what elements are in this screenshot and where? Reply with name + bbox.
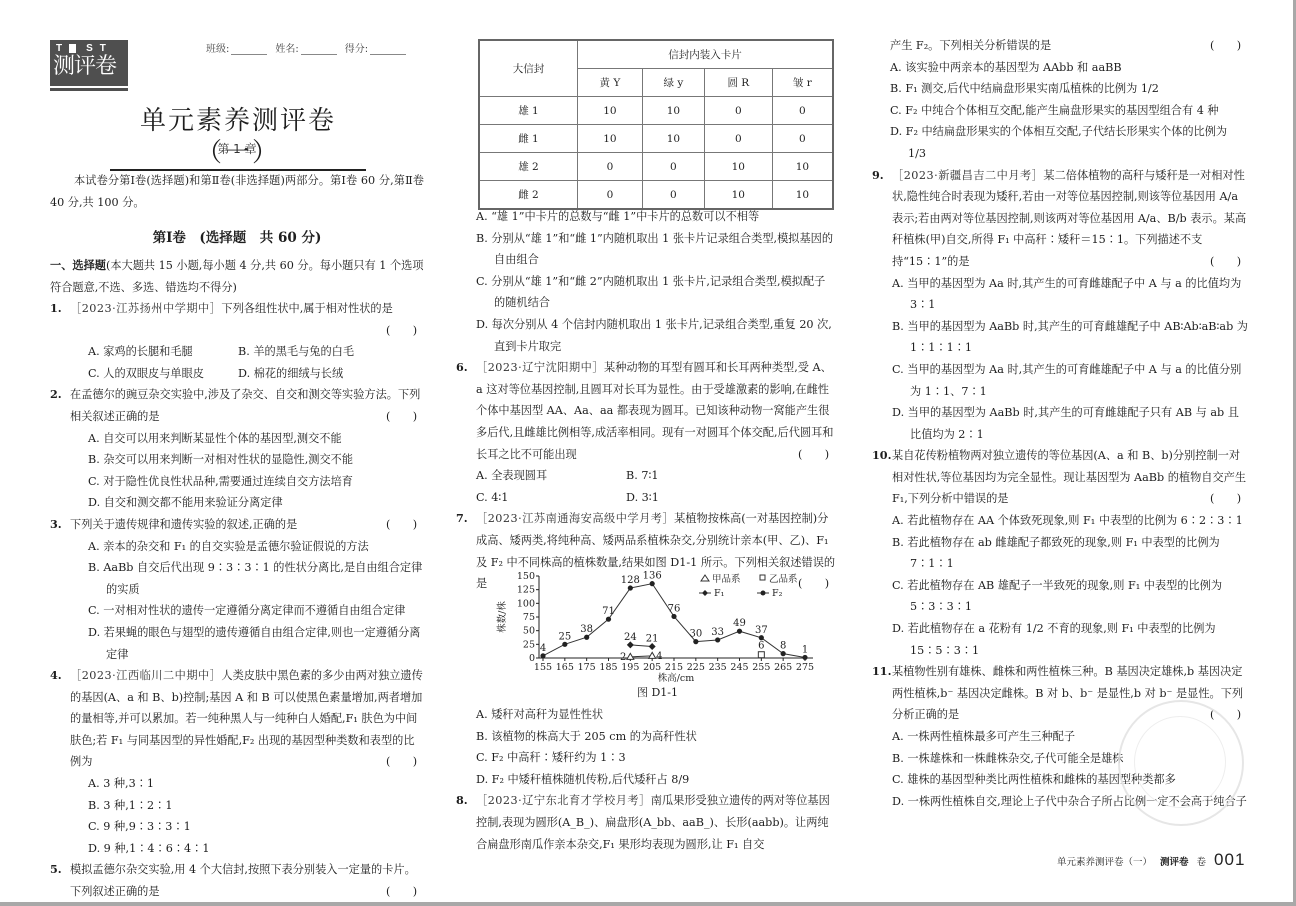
table-row: 雌 2 0 0 10 10 bbox=[479, 181, 833, 210]
page-number: 001 bbox=[1214, 850, 1245, 870]
option-d[interactable]: D. 每次分别从 4 个信封内随机取出 1 张卡片,记录组合类型,重复 20 次… bbox=[476, 314, 836, 357]
option-a[interactable]: A. 家鸡的长腿和毛腿 bbox=[88, 341, 238, 363]
table-row: 雄 2 0 0 10 10 bbox=[479, 153, 833, 181]
svg-text:136: 136 bbox=[643, 571, 662, 582]
svg-text:235: 235 bbox=[709, 662, 727, 673]
class-blank[interactable] bbox=[231, 44, 267, 55]
score-blank[interactable] bbox=[370, 44, 406, 55]
table-cell: 0 bbox=[577, 153, 642, 181]
table-cell: 10 bbox=[704, 181, 772, 210]
question-7-options: A. 矮秆对高秆为显性性状 B. 该植物的株高大于 205 cm 的为高秆性状 … bbox=[476, 704, 836, 790]
seal-inner-ring bbox=[1134, 716, 1226, 808]
option-c[interactable]: C. 当甲的基因型为 Aa 时,其产生的可育雌雄配子中 A 与 a 的比值分别为… bbox=[892, 359, 1248, 402]
table-cell: 0 bbox=[772, 97, 833, 125]
svg-text:株数/株: 株数/株 bbox=[496, 601, 508, 633]
option-d[interactable]: D. 9 种,1∶4∶6∶4∶1 bbox=[88, 838, 424, 860]
student-info-bar: 班级: 姓名: 得分: bbox=[206, 40, 410, 55]
table-group-header: 信封内装入卡片 bbox=[577, 40, 833, 69]
option-b[interactable]: B. 3 种,1∶2∶1 bbox=[88, 795, 424, 817]
svg-text:195: 195 bbox=[621, 662, 639, 673]
name-label: 姓名: bbox=[275, 40, 298, 55]
question-number: 11. bbox=[872, 661, 891, 683]
line-chart: 0255075100125150155165175185195205215225… bbox=[495, 568, 820, 686]
option-d[interactable]: D. F₂ 中矮秆植株随机传粉,后代矮秆占 8/9 bbox=[476, 769, 836, 791]
svg-text:F₂: F₂ bbox=[772, 588, 783, 599]
footer-vol: 卷 bbox=[1197, 854, 1207, 868]
option-d[interactable]: D. 棉花的细绒与长绒 bbox=[238, 363, 388, 385]
question-number: 5. bbox=[50, 859, 62, 881]
question-number: 3. bbox=[50, 514, 62, 536]
logo-square-icon bbox=[69, 44, 76, 53]
logo-label: 测评卷 bbox=[50, 54, 128, 80]
question-10: 10. 某自花传粉植物两对独立遗传的等位基因(A、a 和 B、b)分别控制一对相… bbox=[872, 445, 1248, 661]
option-d[interactable]: D. 若果蝇的眼色与翅型的遗传遵循自由组合定律,则也一定遵循分离定律 bbox=[88, 622, 424, 665]
svg-text:255: 255 bbox=[752, 662, 770, 673]
option-c[interactable]: C. 4∶1 bbox=[476, 487, 626, 509]
table-cell: 10 bbox=[772, 181, 833, 210]
question-stem: 某自花传粉植物两对独立遗传的等位基因(A、a 和 B、b)分别控制一对相对性状,… bbox=[892, 449, 1246, 505]
option-a[interactable]: A. 该实验中两亲本的基因型为 AAbb 和 aaBB bbox=[890, 57, 1248, 79]
part-label: 一、选择题 bbox=[50, 258, 106, 272]
intro-paragraph: 本试卷分第Ⅰ卷(选择题)和第Ⅱ卷(非选择题)两部分。第Ⅰ卷 60 分,第Ⅱ卷 4… bbox=[50, 170, 424, 214]
svg-text:155: 155 bbox=[534, 662, 552, 673]
footer-label: 测评卷 bbox=[1160, 854, 1189, 868]
question-number: 1. bbox=[50, 298, 62, 320]
option-a[interactable]: A. 亲本的杂交和 F₁ 的自交实验是孟德尔验证假说的方法 bbox=[88, 536, 424, 558]
svg-text:25: 25 bbox=[558, 631, 571, 642]
answer-blank[interactable]: ( ) bbox=[1210, 488, 1248, 510]
table-row: 雌 1 10 10 0 0 bbox=[479, 125, 833, 153]
answer-blank[interactable]: ( ) bbox=[798, 444, 836, 466]
answer-blank[interactable]: ( ) bbox=[386, 751, 424, 773]
options-row: A. 全表现圆耳 B. 7∶1 bbox=[476, 465, 836, 487]
class-field[interactable]: 班级: bbox=[206, 40, 271, 55]
table-cell: 10 bbox=[642, 125, 704, 153]
svg-text:4: 4 bbox=[540, 643, 546, 654]
svg-text:185: 185 bbox=[599, 662, 617, 673]
svg-text:33: 33 bbox=[711, 627, 724, 638]
answer-blank[interactable]: ( ) bbox=[386, 881, 424, 903]
question-stem: 模拟孟德尔杂交实验,用 4 个大信封,按照下表分别装入一定量的卡片。下列叙述正确… bbox=[70, 863, 416, 898]
watermark-seal-icon bbox=[1118, 700, 1244, 826]
option-d[interactable]: D. 当甲的基因型为 AaBb 时,其产生的可育雌雄配子只有 AB 与 ab 且… bbox=[892, 402, 1248, 445]
svg-text:8: 8 bbox=[780, 641, 786, 652]
table-cell: 0 bbox=[772, 125, 833, 153]
question-6: 6. ［2023·辽宁沈阳期中］某种动物的耳型有圆耳和长耳两种类型,受 A、a … bbox=[456, 357, 836, 508]
option-b[interactable]: B. 分别从“雄 1”和“雌 1”内随机取出 1 张卡片记录组合类型,模拟基因的… bbox=[476, 228, 836, 271]
section-title: 第Ⅰ卷 (选择题 共 60 分) bbox=[50, 226, 424, 246]
option-b[interactable]: B. 7∶1 bbox=[626, 465, 776, 487]
option-a[interactable]: A. 当甲的基因型为 Aa 时,其产生的可育雌雄配子中 A 与 a 的比值均为 … bbox=[892, 273, 1248, 316]
chapter-label: 第 1 章 bbox=[0, 140, 474, 157]
table-cell: 0 bbox=[642, 181, 704, 210]
svg-text:245: 245 bbox=[730, 662, 748, 673]
svg-text:37: 37 bbox=[755, 625, 768, 636]
question-number: 2. bbox=[50, 384, 62, 406]
page-footer: 单元素养测评卷（一） 测评卷 卷 001 bbox=[1057, 850, 1245, 870]
answer-blank[interactable]: ( ) bbox=[386, 406, 424, 428]
question-number: 4. bbox=[50, 665, 62, 687]
question-number: 6. bbox=[456, 357, 468, 379]
option-c[interactable]: C. F₂ 中纯合个体相互交配,能产生扁盘形果实的基因型组合有 4 种 bbox=[890, 100, 1248, 122]
question-5: 5. 模拟孟德尔杂交实验,用 4 个大信封,按照下表分别装入一定量的卡片。下列叙… bbox=[50, 859, 424, 902]
option-a[interactable]: A. 自交可以用来判断某显性个体的基因型,测交不能 bbox=[88, 428, 424, 450]
question-stem: 下列各组性状中,属于相对性状的是 bbox=[221, 302, 392, 315]
option-a[interactable]: A. 全表现圆耳 bbox=[476, 465, 626, 487]
table-cell: 10 bbox=[577, 125, 642, 153]
option-b[interactable]: B. 该植物的株高大于 205 cm 的为高秆性状 bbox=[476, 726, 836, 748]
option-a[interactable]: A. “雄 1”中卡片的总数与“雌 1”中卡片的总数可以不相等 bbox=[476, 206, 836, 228]
svg-text:49: 49 bbox=[733, 618, 746, 629]
middle-column-upper: A. “雄 1”中卡片的总数与“雌 1”中卡片的总数可以不相等 B. 分别从“雄… bbox=[476, 206, 836, 595]
svg-text:205: 205 bbox=[643, 662, 661, 673]
question-1: 1. ［2023·江苏扬州中学期中］下列各组性状中,属于相对性状的是 ( ) A… bbox=[50, 298, 424, 384]
option-d[interactable]: D. 自交和测交都不能用来验证分离定律 bbox=[88, 492, 424, 514]
row-label: 雄 2 bbox=[479, 153, 577, 181]
part-description: (本大题共 15 小题,每小题 4 分,共 60 分。每小题只有 1 个选项符合… bbox=[50, 259, 424, 294]
right-column: 产生 F₂。下列相关分析错误的是( ) A. 该实验中两亲本的基因型为 AAbb… bbox=[872, 35, 1248, 812]
table-col-header: 皱 r bbox=[772, 69, 833, 97]
options-row: C. 4∶1 D. 3∶1 bbox=[476, 487, 836, 509]
option-b[interactable]: B. 杂交可以用来判断一对相对性状的显隐性,测交不能 bbox=[88, 449, 424, 471]
svg-text:71: 71 bbox=[602, 606, 615, 617]
svg-text:75: 75 bbox=[523, 612, 535, 623]
option-b[interactable]: B. F₁ 测交,后代中结扁盘形果实南瓜植株的比例为 1/2 bbox=[890, 78, 1248, 100]
option-a[interactable]: A. 矮秆对高秆为显性性状 bbox=[476, 704, 836, 726]
table-cell: 10 bbox=[772, 153, 833, 181]
svg-text:76: 76 bbox=[668, 603, 681, 614]
option-c[interactable]: C. F₂ 中高秆∶矮秆约为 1∶3 bbox=[476, 747, 836, 769]
option-c[interactable]: C. 对于隐性优良性状品种,需要通过连续自交方法培育 bbox=[88, 471, 424, 493]
question-4: 4. ［2023·江西临川二中期中］人类皮肤中黑色素的多少由两对独立遗传的基因(… bbox=[50, 665, 424, 859]
row-label: 雄 1 bbox=[479, 97, 577, 125]
svg-text:乙品系: 乙品系 bbox=[769, 573, 798, 585]
question-stem-continued: 产生 F₂。下列相关分析错误的是 bbox=[890, 39, 1051, 52]
question-number: 10. bbox=[872, 445, 891, 467]
question-source: ［2023·江苏扬州中学期中］ bbox=[70, 302, 221, 315]
middle-column-lower: A. 矮秆对高秆为显性性状 B. 该植物的株高大于 205 cm 的为高秆性状 … bbox=[476, 704, 836, 855]
question-number: 9. bbox=[872, 165, 884, 187]
svg-text:165: 165 bbox=[556, 662, 574, 673]
table-cell: 0 bbox=[704, 125, 772, 153]
svg-text:100: 100 bbox=[517, 598, 535, 609]
answer-blank[interactable]: ( ) bbox=[386, 514, 424, 536]
svg-text:225: 225 bbox=[687, 662, 705, 673]
logo-underline bbox=[50, 88, 128, 91]
question-5-options: A. “雄 1”中卡片的总数与“雌 1”中卡片的总数可以不相等 B. 分别从“雄… bbox=[476, 206, 836, 357]
svg-text:2: 2 bbox=[620, 652, 626, 663]
svg-text:175: 175 bbox=[578, 662, 596, 673]
option-a[interactable]: A. 若此植物存在 AA 个体致死现象,则 F₁ 中表型的比例为 6∶2∶3∶1 bbox=[892, 510, 1248, 532]
left-column: 1. ［2023·江苏扬州中学期中］下列各组性状中,属于相对性状的是 ( ) A… bbox=[50, 298, 424, 903]
question-source: ［2023·新疆昌吉二中月考］ bbox=[892, 169, 1043, 182]
answer-blank[interactable]: ( ) bbox=[1210, 251, 1248, 273]
option-b[interactable]: B. 若此植物存在 ab 雌雄配子都致死的现象,则 F₁ 中表型的比例为 7∶1… bbox=[892, 532, 1248, 575]
footer-title: 单元素养测评卷（一） bbox=[1057, 854, 1152, 868]
svg-text:4: 4 bbox=[656, 651, 662, 662]
question-source: ［2023·辽宁东北育才学校月考］ bbox=[476, 794, 651, 807]
table-cell: 10 bbox=[704, 153, 772, 181]
question-source: ［2023·辽宁沈阳期中］ bbox=[476, 361, 604, 374]
answer-blank[interactable]: ( ) bbox=[386, 320, 424, 342]
table-cell: 0 bbox=[577, 181, 642, 210]
option-d[interactable]: D. 若此植物存在 a 花粉有 1/2 不育的现象,则 F₁ 中表型的比例为 1… bbox=[892, 618, 1248, 661]
option-c[interactable]: C. 分别从“雄 1”和“雌 2”内随机取出 1 张卡片,记录组合类型,模拟配子… bbox=[476, 271, 836, 314]
row-label: 雌 2 bbox=[479, 181, 577, 210]
svg-text:265: 265 bbox=[774, 662, 792, 673]
chart-caption: 图 D1-1 bbox=[495, 684, 820, 700]
table-col-header: 绿 y bbox=[642, 69, 704, 97]
question-stem: 下列关于遗传规律和遗传实验的叙述,正确的是 bbox=[70, 518, 297, 531]
svg-text:株高/cm: 株高/cm bbox=[658, 672, 695, 684]
part-heading: 一、选择题(本大题共 15 小题,每小题 4 分,共 60 分。每小题只有 1 … bbox=[50, 254, 424, 299]
question-8: 8. ［2023·辽宁东北育才学校月考］南瓜果形受独立遗传的两对等位基因控制,表… bbox=[456, 790, 836, 855]
table-cell: 10 bbox=[577, 97, 642, 125]
svg-text:1: 1 bbox=[802, 644, 808, 655]
class-label: 班级: bbox=[206, 40, 229, 55]
svg-text:38: 38 bbox=[580, 624, 593, 635]
plant-height-chart: 0255075100125150155165175185195205215225… bbox=[495, 568, 820, 703]
test-logo: TST 测评卷 bbox=[50, 40, 128, 86]
logo-letter: T bbox=[56, 43, 69, 54]
question-source: ［2023·江苏南通海安高级中学月考］ bbox=[476, 512, 674, 525]
table-col-header: 黄 Y bbox=[577, 69, 642, 97]
envelope-card-table: 大信封 信封内装入卡片 黄 Y 绿 y 圆 R 皱 r 雄 1 10 10 0 … bbox=[478, 39, 834, 210]
svg-text:F₁: F₁ bbox=[714, 588, 725, 599]
options-row: C. 人的双眼皮与单眼皮 D. 棉花的细绒与长绒 bbox=[88, 363, 424, 385]
question-2: 2. 在孟德尔的豌豆杂交实验中,涉及了杂交、自交和测交等实验方法。下列相关叙述正… bbox=[50, 384, 424, 514]
option-b[interactable]: B. 当甲的基因型为 AaBb 时,其产生的可育雌雄配子中 AB∶Ab∶aB∶a… bbox=[892, 316, 1248, 359]
table-cell: 0 bbox=[704, 97, 772, 125]
table-cell: 10 bbox=[642, 97, 704, 125]
option-c[interactable]: C. 一对相对性状的遗传一定遵循分离定律而不遵循自由组合定律 bbox=[88, 600, 424, 622]
logo-test-text: TST bbox=[50, 40, 128, 54]
option-b[interactable]: B. 羊的黑毛与兔的白毛 bbox=[238, 341, 388, 363]
question-9: 9. ［2023·新疆昌吉二中月考］某二倍体植物的高秆与矮秆是一对相对性状,隐性… bbox=[872, 165, 1248, 446]
svg-text:30: 30 bbox=[689, 629, 702, 640]
question-stem: 在孟德尔的豌豆杂交实验中,涉及了杂交、自交和测交等实验方法。下列相关叙述正确的是 bbox=[70, 388, 420, 423]
question-stem: 人类皮肤中黑色素的多少由两对独立遗传的基因(A、a 和 B、b)控制;基因 A … bbox=[70, 669, 423, 768]
score-label: 得分: bbox=[345, 40, 368, 55]
row-label: 雌 1 bbox=[479, 125, 577, 153]
svg-text:24: 24 bbox=[624, 632, 637, 643]
question-number: 7. bbox=[456, 508, 468, 530]
name-blank[interactable] bbox=[301, 44, 337, 55]
option-c[interactable]: C. 9 种,9∶3∶3∶1 bbox=[88, 816, 424, 838]
question-source: ［2023·江西临川二中期中］ bbox=[70, 669, 221, 682]
logo-letter: T bbox=[100, 43, 113, 54]
svg-text:25: 25 bbox=[523, 639, 535, 650]
option-d[interactable]: D. 3∶1 bbox=[626, 487, 776, 509]
option-c[interactable]: C. 人的双眼皮与单眼皮 bbox=[88, 363, 238, 385]
svg-text:50: 50 bbox=[523, 626, 535, 637]
table-row-header: 大信封 bbox=[479, 40, 577, 97]
question-stem: 某二倍体植物的高秆与矮秆是一对相对性状,隐性纯合时表现为矮秆,若由一对等位基因控… bbox=[892, 169, 1246, 268]
table-col-header: 圆 R bbox=[704, 69, 772, 97]
option-b[interactable]: B. AaBb 自交后代出现 9∶3∶3∶1 的性状分离比,是自由组合定律的实质 bbox=[88, 557, 424, 600]
option-a[interactable]: A. 3 种,3∶1 bbox=[88, 773, 424, 795]
svg-text:275: 275 bbox=[796, 662, 814, 673]
svg-text:125: 125 bbox=[517, 585, 535, 596]
question-8-continued: 产生 F₂。下列相关分析错误的是( ) A. 该实验中两亲本的基因型为 AAbb… bbox=[872, 35, 1248, 165]
logo-letter: S bbox=[86, 43, 100, 54]
answer-blank[interactable]: ( ) bbox=[1210, 35, 1248, 57]
table-row: 雄 1 10 10 0 0 bbox=[479, 97, 833, 125]
options-row: A. 家鸡的长腿和毛腿 B. 羊的黑毛与兔的白毛 bbox=[88, 341, 424, 363]
score-field[interactable]: 得分: bbox=[345, 40, 410, 55]
svg-text:215: 215 bbox=[665, 662, 683, 673]
question-stem: 某种动物的耳型有圆耳和长耳两种类型,受 A、a 这对等位基因控制,且圆耳对长耳为… bbox=[476, 361, 833, 460]
table-cell: 0 bbox=[642, 153, 704, 181]
option-d[interactable]: D. F₂ 中结扁盘形果实的个体相互交配,子代结长形果实个体的比例为 1/3 bbox=[890, 121, 1248, 164]
svg-text:6: 6 bbox=[758, 641, 764, 652]
svg-text:21: 21 bbox=[646, 634, 659, 645]
svg-text:甲品系: 甲品系 bbox=[712, 573, 741, 585]
svg-text:150: 150 bbox=[517, 571, 535, 582]
question-3: 3. 下列关于遗传规律和遗传实验的叙述,正确的是( ) A. 亲本的杂交和 F₁… bbox=[50, 514, 424, 665]
option-c[interactable]: C. 若此植物存在 AB 雄配子一半致死的现象,则 F₁ 中表型的比例为 5∶3… bbox=[892, 575, 1248, 618]
name-field[interactable]: 姓名: bbox=[275, 40, 340, 55]
page-title: 单元素养测评卷（一） bbox=[110, 105, 366, 171]
svg-text:128: 128 bbox=[621, 575, 640, 586]
question-number: 8. bbox=[456, 790, 468, 812]
